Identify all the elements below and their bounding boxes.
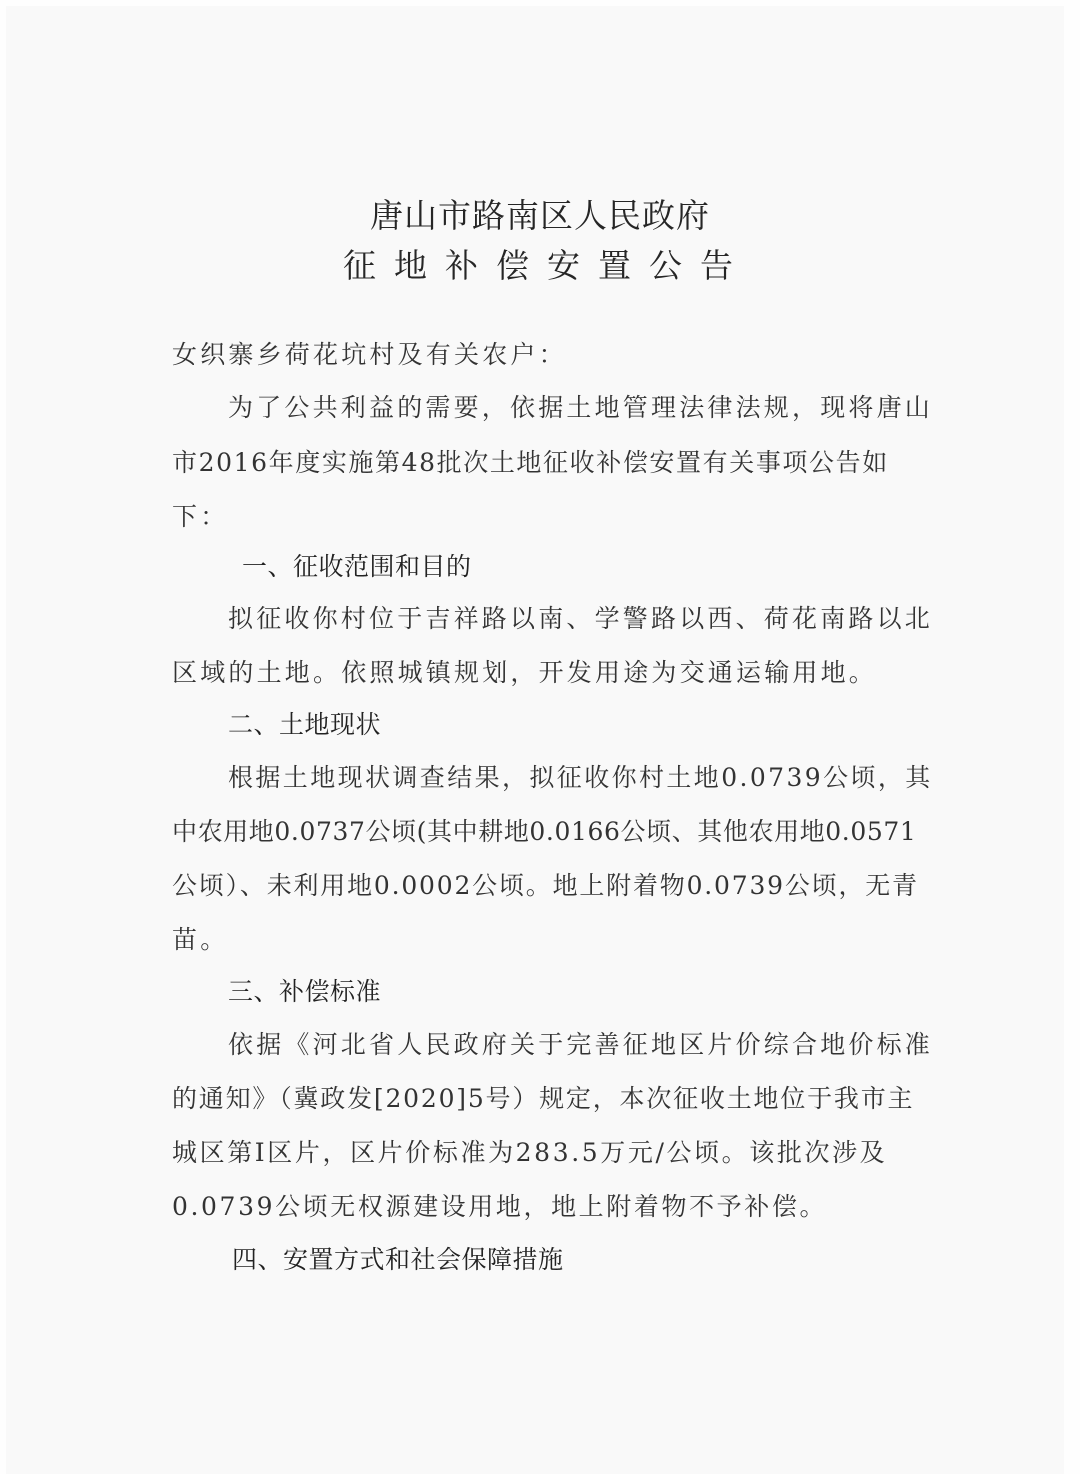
section-2-line-2: 中农用地0.0737公顷(其中耕地0.0166公顷、其他农用地0.0571 [172, 817, 922, 847]
section-heading-4: 四、安置方式和社会保障措施 [232, 1245, 564, 1275]
salutation: 女织寨乡荷花坑村及有关农户： [172, 340, 922, 370]
intro-line-3: 下： [172, 502, 922, 532]
section-1-line-1: 拟征收你村位于吉祥路以南、学警路以西、荷花南路以北 [228, 604, 978, 634]
section-2-line-3: 公顷）、未利用地0.0002公顷。地上附着物0.0739公顷，无青 [172, 871, 922, 901]
document-title-line1: 唐山市路南区人民政府 [0, 190, 1080, 237]
section-1-line-2: 区域的土地。依照城镇规划，开发用途为交通运输用地。 [172, 658, 922, 688]
section-3-line-3: 城区第I区片，区片价标准为283.5万元/公顷。该批次涉及 [172, 1138, 922, 1168]
section-3-line-1: 依据《河北省人民政府关于完善征地区片价综合地价标准 [228, 1030, 978, 1060]
document-title-line2: 征地补偿安置公告 [0, 240, 1080, 287]
section-3-line-2: 的通知》（冀政发[2020]5号）规定，本次征收土地位于我市主 [172, 1084, 922, 1114]
section-3-line-4: 0.0739公顷无权源建设用地，地上附着物不予补偿。 [172, 1192, 922, 1222]
section-heading-1: 一、征收范围和目的 [242, 552, 472, 582]
intro-line-1: 为了公共利益的需要，依据土地管理法律法规，现将唐山 [228, 393, 978, 423]
section-2-line-1: 根据土地现状调查结果，拟征收你村土地0.0739公顷，其 [228, 763, 978, 793]
section-heading-2: 二、土地现状 [228, 710, 381, 740]
intro-line-2: 市2016年度实施第48批次土地征收补偿安置有关事项公告如 [172, 448, 922, 478]
section-heading-3: 三、补偿标准 [228, 977, 381, 1007]
section-2-line-4: 苗。 [172, 925, 922, 955]
